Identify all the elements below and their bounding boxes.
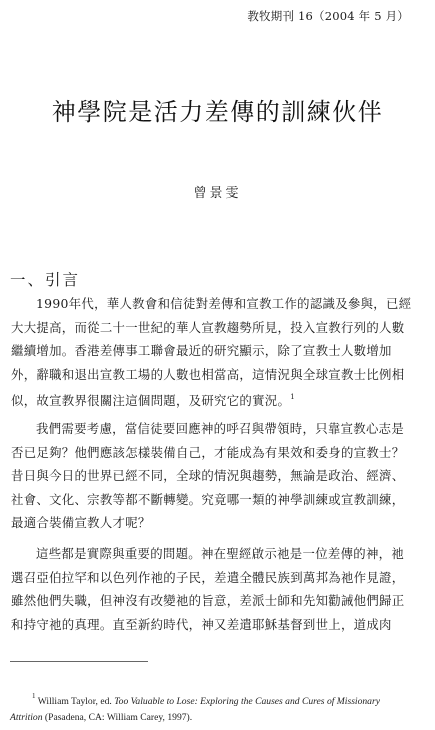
text-line: 昔日與今日的世界已經不同，全球的情況與趨勢，無論是政治、經濟、: [11, 464, 399, 488]
text-line: 外，辭職和退出宣教工場的人數也相當高，這情況與全球宣教士比例相: [11, 363, 399, 387]
footnote-number: 1: [32, 692, 36, 700]
text-line: 選召亞伯拉罕和以色列作祂的子民，差遣全體民族到萬邦為祂作見證，: [11, 566, 399, 590]
text-line: 雖然他們失職，但神沒有改變祂的旨意，差派士師和先知勸誡他們歸正: [11, 589, 399, 613]
text-line: 社會、文化、宗教等都不斷轉變。究竟哪一類的神學訓練或宣教訓練，: [11, 488, 399, 512]
footnote-author: William Taylor, ed.: [38, 696, 114, 707]
footnote-publication: (Pasadena, CA: William Carey, 1997).: [43, 712, 193, 723]
paragraph-3: 這些都是實際與重要的問題。神在聖經啟示祂是一位差傳的神，祂 選召亞伯拉罕和以色列…: [11, 542, 399, 636]
text-line: 繼續增加。香港差傳事工聯會最近的研究顯示，除了宣教士人數增加: [11, 339, 399, 363]
footnote-line: Attrition (Pasadena, CA: William Carey, …: [10, 710, 410, 726]
article-author: 曾景雯: [0, 182, 435, 201]
footnote-line: 1 William Taylor, ed. Too Valuable to Lo…: [10, 688, 410, 710]
section-heading: 一、引言: [10, 268, 80, 290]
footnote-book-title-cont: Attrition: [10, 712, 43, 723]
text-line: 最適合裝備宣教人才呢？: [11, 511, 399, 535]
running-head: 教牧期刊 16（2004 年 5 月）: [247, 8, 409, 24]
footnote-book-title: Too Valuable to Lose: Exploring the Caus…: [114, 696, 380, 707]
text-line: 否已足夠？他們應該怎樣裝備自己，才能成為有果效和委身的宣教士？: [11, 441, 399, 465]
footnote-divider: [10, 661, 148, 662]
paragraph-2: 我們需要考慮，當信徒要回應神的呼召與帶領時，只靠宣教心志是 否已足夠？他們應該怎…: [11, 417, 399, 535]
text-line: 似，故宣教界很關注這個問題，及研究它的實況。: [11, 393, 290, 408]
article-title: 神學院是活力差傳的訓練伙伴: [0, 92, 435, 127]
text-line-last: 似，故宣教界很關注這個問題，及研究它的實況。1: [11, 386, 399, 413]
footnote-1: 1 William Taylor, ed. Too Valuable to Lo…: [10, 688, 410, 726]
text-line: 1990年代，華人教會和信徒對差傳和宣教工作的認識及參與，已經: [11, 292, 399, 316]
text-line: 和持守祂的真理。直至新約時代，神又差遣耶穌基督到世上，道成肉: [11, 613, 399, 637]
paragraph-1: 1990年代，華人教會和信徒對差傳和宣教工作的認識及參與，已經 大大提高，而從二…: [11, 292, 399, 413]
text-line: 我們需要考慮，當信徒要回應神的呼召與帶領時，只靠宣教心志是: [11, 417, 399, 441]
footnote-ref[interactable]: 1: [290, 393, 295, 401]
text-line: 這些都是實際與重要的問題。神在聖經啟示祂是一位差傳的神，祂: [11, 542, 399, 566]
text-line: 大大提高，而從二十一世紀的華人宣教趨勢所見，投入宣教行列的人數: [11, 316, 399, 340]
